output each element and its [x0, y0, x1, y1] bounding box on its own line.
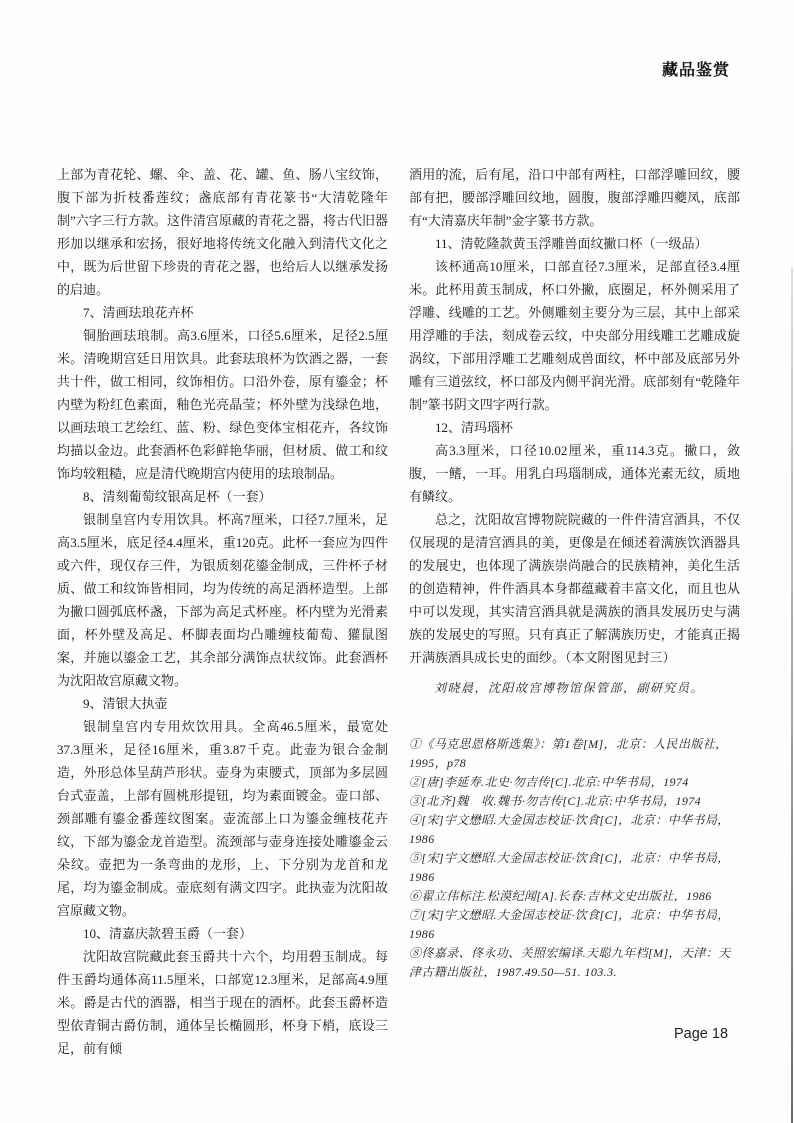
reference-item: ⑥翟立伟标注.松漠纪闻[A].长春:吉林文史出版社，1986 [409, 887, 740, 906]
author-note: 刘晓晨，沈阳故宫博物馆保管部，副研究员。 [409, 679, 740, 697]
section-heading: 7、清画珐琅花卉杯 [57, 301, 388, 324]
paragraph: 上部为青花轮、螺、伞、盖、花、罐、鱼、肠八宝纹饰，腹下部为折枝番莲纹；盏底部有青… [57, 163, 388, 301]
section-heading: 10、清嘉庆款碧玉爵（一套） [57, 922, 388, 945]
paragraph: 铜胎画珐琅制。高3.6厘米，口径5.6厘米，足径2.5厘米。清晚期宫廷日用饮具。… [57, 324, 388, 485]
reference-item: ④[宋]宇文懋昭.大金国志校证·饮食[C]，北京：中华书局，1986 [409, 811, 740, 849]
reference-item: ②[唐]李延寿.北史·勿吉传[C].北京:中华书局，1974 [409, 773, 740, 792]
page-header-title: 藏品鉴赏 [662, 57, 730, 80]
paragraph: 银制皇宫内专用饮具。杯高7厘米，口径7.7厘米，足高3.5厘米，底足径4.4厘米… [57, 508, 388, 692]
paragraph: 酒用的流，后有尾，沿口中部有两柱，口部浮雕回纹，腰部有把，腰部浮雕回纹地，圆腹，… [409, 163, 740, 232]
paragraph: 银制皇宫内专用炊饮用具。全高46.5厘米，最宽处37.3厘米，足径16厘米，重3… [57, 715, 388, 922]
right-column-text: 酒用的流，后有尾，沿口中部有两柱，口部浮雕回纹，腰部有把，腰部浮雕回纹地，圆腹，… [409, 163, 740, 669]
section-heading: 12、清玛瑙杯 [409, 416, 740, 439]
section-heading: 11、清乾隆款黄玉浮雕兽面纹撇口杯（一级品） [409, 232, 740, 255]
right-column: 酒用的流，后有尾，沿口中部有两柱，口部浮雕回纹，腰部有把，腰部浮雕回纹地，圆腹，… [409, 163, 740, 982]
paragraph: 该杯通高10厘米，口部直径7.3厘米，足部直径3.4厘米。此杯用黄玉制成，杯口外… [409, 255, 740, 416]
paragraph: 总之，沈阳故宫博物院院藏的一件件清宫酒具，不仅仅展现的是清宫酒具的美，更像是在倾… [409, 508, 740, 669]
reference-item: ⑦[宋]宇文懋昭.大金国志校证·饮食[C]，北京：中华书局，1986 [409, 906, 740, 944]
section-heading: 8、清刻葡萄纹银高足杯（一套） [57, 485, 388, 508]
reference-item: ③[北齐]魏 收.魏书·勿吉传[C].北京:中华书局，1974 [409, 792, 740, 811]
reference-item: ①《马克思恩格斯选集》：第1卷[M]，北京：人民出版社，1995，p78 [409, 735, 740, 773]
scan-edge-artifact [791, 268, 793, 1123]
reference-item: ⑧佟嘉录、佟永功、关照宏编译.天聪九年档[M]，天津：天津古籍出版社，1987.… [409, 944, 740, 982]
paragraph: 高3.3厘米，口径10.02厘米，重114.3克。撇口，敛腹，一鳍，一耳。用乳白… [409, 439, 740, 508]
left-column: 上部为青花轮、螺、伞、盖、花、罐、鱼、肠八宝纹饰，腹下部为折枝番莲纹；盏底部有青… [57, 163, 388, 1060]
page-number: Page 18 [674, 1026, 728, 1042]
paragraph: 沈阳故宫院藏此套玉爵共十六个，均用碧玉制成。每件玉爵均通体高11.5厘米，口部宽… [57, 945, 388, 1060]
reference-item: ⑤[宋]宇文懋昭.大金国志校证·饮食[C]，北京：中华书局，1986 [409, 849, 740, 887]
journal-page: 藏品鉴赏 上部为青花轮、螺、伞、盖、花、罐、鱼、肠八宝纹饰，腹下部为折枝番莲纹；… [0, 0, 794, 1123]
section-heading: 9、清银大执壶 [57, 692, 388, 715]
references-list: ①《马克思恩格斯选集》：第1卷[M]，北京：人民出版社，1995，p78②[唐]… [409, 735, 740, 982]
